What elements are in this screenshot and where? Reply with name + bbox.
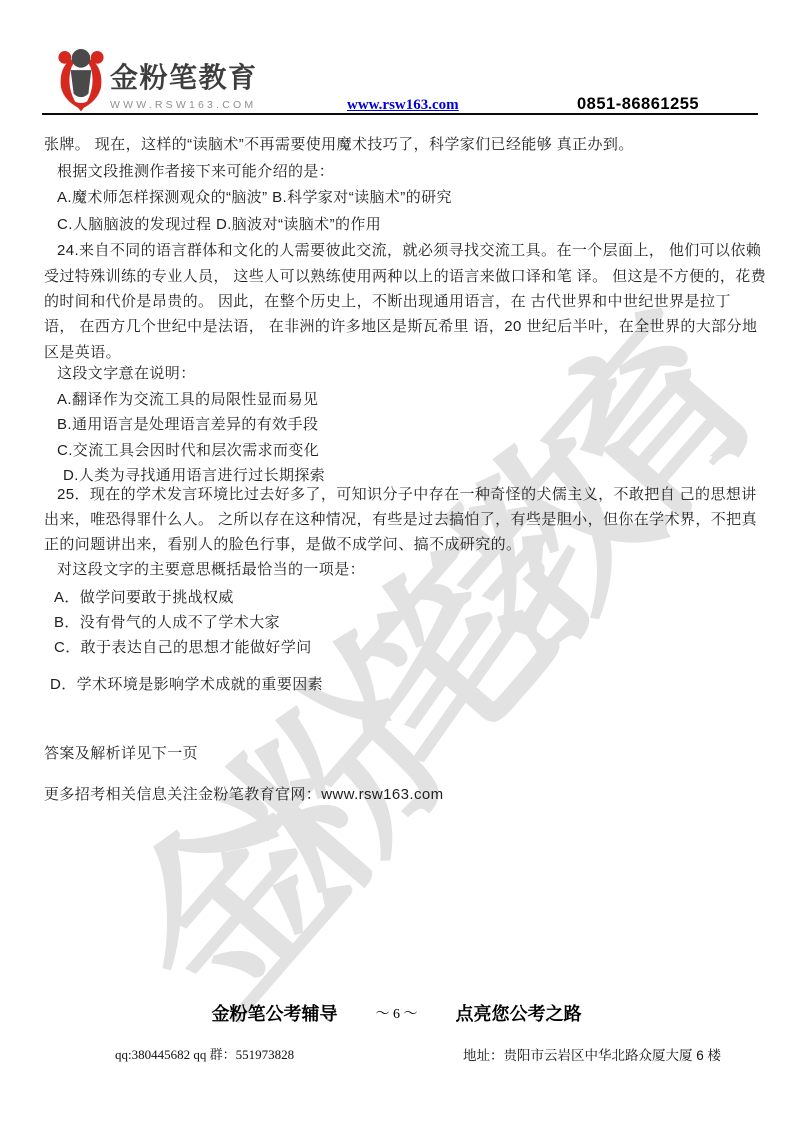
footer-brand: 金粉笔公考辅导 <box>212 1000 338 1026</box>
footer-slogan: 点亮您公考之路 <box>456 1000 582 1026</box>
q24-option-c: C.交流工具会因时代和层次需求而变化 <box>44 441 319 461</box>
q24-stem-line-1: 24.来自不同的语言群体和文化的人需要彼此交流，就必须寻找交流工具。在一个层面上… <box>44 241 761 261</box>
brand-logo-icon <box>54 46 108 117</box>
page-number: ～ 6 ～ <box>376 1003 418 1023</box>
phone-number: 0851-86861255 <box>577 95 699 114</box>
q23-options-ab: A.魔术师怎样探测观众的“脑波” B.科学家对“读脑术”的研究 <box>44 188 452 208</box>
q24-stem-line-5: 区是英语。 <box>44 343 121 363</box>
answers-note: 答案及解析详见下一页 <box>44 744 198 764</box>
q24-stem-line-3: 的时间和代价是昂贵的。 因此，在整个历史上，不断出现通用语言，在 古代世界和中世… <box>44 292 731 312</box>
q24-stem-line-4: 语， 在西方几个世纪中是法语， 在非洲的许多地区是斯瓦希里 语，20 世纪后半叶… <box>44 317 757 337</box>
q23-prompt: 根据文段推测作者接下来可能介绍的是： <box>44 162 334 182</box>
header-divider <box>42 113 758 115</box>
website-link[interactable]: www.rsw163.com <box>347 97 459 114</box>
footer-qq-contacts: qq:380445682 qq 群：551973828 <box>115 1044 294 1063</box>
q25-option-d: D．学术环境是影响学术成就的重要因素 <box>44 675 323 695</box>
q25-option-b: B．没有骨气的人成不了学术大家 <box>44 613 280 633</box>
q25-option-c: C．敢于表达自己的思想才能做好学问 <box>44 638 312 658</box>
q24-stem-line-2: 受过特殊训练的专业人员， 这些人可以熟练使用两种以上的语言来做口译和笔 译。 但… <box>44 267 766 287</box>
q23-continuation-line: 张牌。 现在，这样的“读脑术”不再需要使用魔术技巧了，科学家们已经能够 真正办到… <box>44 135 634 155</box>
footer-main-line: 金粉笔公考辅导 ～ 6 ～ 点亮您公考之路 <box>0 1000 793 1026</box>
q24-option-b: B.通用语言是处理语言差异的有效手段 <box>44 415 318 435</box>
brand-url: WWW.RSW163.COM <box>110 99 258 111</box>
q24-prompt: 这段文字意在说明： <box>44 364 196 384</box>
q25-stem-line-3: 正的问题讲出来，看别人的脸色行事，是做不成学问、搞不成研究的。 <box>44 535 521 555</box>
q25-option-a: A．做学问要敢于挑战权威 <box>44 588 234 608</box>
brand-logo-text: 金粉笔教育 WWW.RSW163.COM <box>110 56 258 111</box>
q24-option-a: A.翻译作为交流工具的局限性显而易见 <box>44 390 318 410</box>
footer-address: 地址：贵阳市云岩区中华北路众厦大厦 6 楼 <box>463 1044 721 1064</box>
q24-option-d: D.人类为寻找通用语言进行过长期探索 <box>44 466 325 486</box>
q25-prompt: 对这段文字的主要意思概括最恰当的一项是： <box>44 560 365 580</box>
document-page: 金粉笔教育 金粉笔教育 WWW.RSW163.COM www.rsw163.co… <box>0 0 793 1122</box>
q25-stem-line-2: 出来，唯恐得罪什么人。 之所以存在这种情况，有些是过去搞怕了，有些是胆小，但你在… <box>44 510 757 530</box>
q23-options-cd: C.人脑脑波的发现过程 D.脑波对“读脑术”的作用 <box>44 215 381 235</box>
q25-stem-line-1: 25．现在的学术发言环境比过去好多了，可知识分子中存在一种奇怪的犬儒主义，不敢把… <box>44 485 757 505</box>
brand-name: 金粉笔教育 <box>110 56 258 96</box>
promo-note: 更多招考相关信息关注金粉笔教育官网：www.rsw163.com <box>44 785 444 805</box>
